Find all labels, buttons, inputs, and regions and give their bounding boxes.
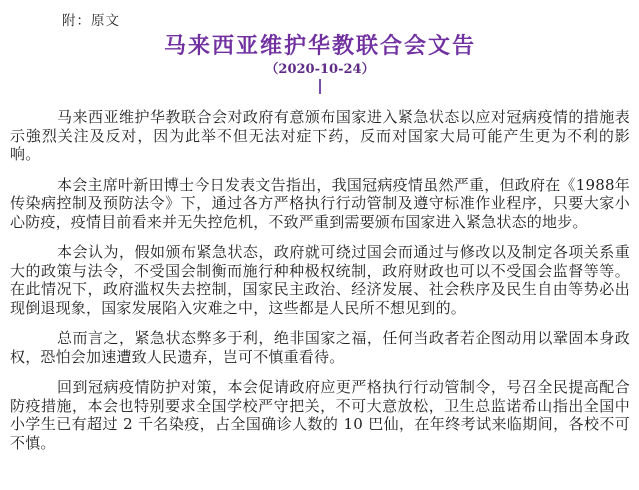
document-body: 马来西亚维护华教联合会对政府有意颁布国家进入紧急状态以应对冠病疫情的措施表示強烈… xyxy=(10,108,630,452)
text-cursor-bar xyxy=(319,79,321,94)
paragraph-5: 回到冠病疫情防护对策，本会促请政府应更严格执行行动管制令，号召全民提高配合防疫措… xyxy=(10,378,630,452)
paragraph-1: 马来西亚维护华教联合会对政府有意颁布国家进入紧急状态以应对冠病疫情的措施表示強烈… xyxy=(10,108,630,164)
document-page: 附：原文 马来西亚维护华教联合会文告 （2020-10-24） 马来西亚维护华教… xyxy=(0,0,639,490)
document-date: （2020-10-24） xyxy=(10,61,630,78)
paragraph-3: 本会认为，假如颁布紧急状态，政府就可绕过国会而通过与修改以及制定各项关系重大的政… xyxy=(10,243,630,317)
paragraph-4: 总而言之，紧急状态弊多于利，绝非国家之福，任何当政者若企图动用以鞏固本身政权，恐… xyxy=(10,329,630,366)
attachment-label: 附：原文 xyxy=(62,12,630,30)
paragraph-2: 本会主席叶新田博士今日发表文告指出，我国冠病疫情虽然严重，但政府在《1988年传… xyxy=(10,176,630,232)
cursor-row xyxy=(10,79,630,95)
document-title: 马来西亚维护华教联合会文告 xyxy=(10,32,630,60)
